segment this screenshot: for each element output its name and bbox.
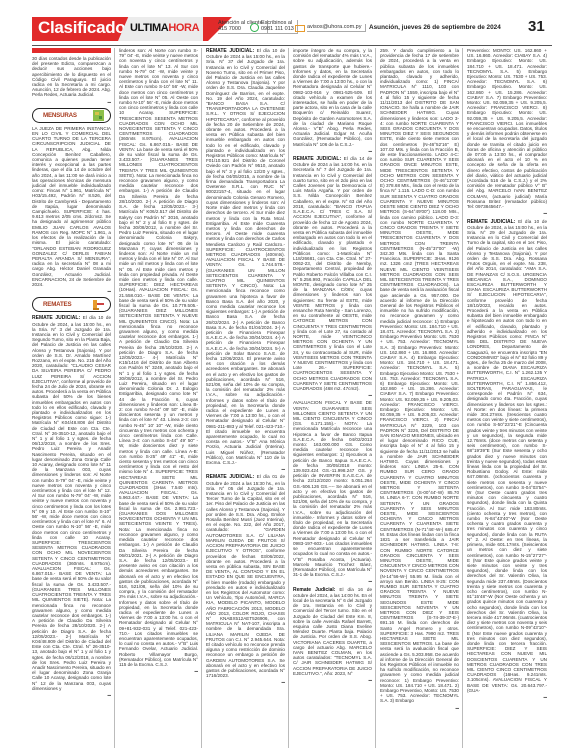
section-title: Clasificados [38, 18, 135, 38]
classifieds-columns: 30 días contados desde la publicación de… [32, 48, 552, 756]
classified-ad: importe íntegro de su compra, y la comis… [293, 48, 372, 147]
envelope-icon [295, 25, 305, 32]
page-header: Clasificados ULTIMAHORA Atención al clie… [0, 0, 580, 46]
classified-ad: LA JUEZA DE PRIMERA INSTANCIA EN LO CIVI… [32, 126, 111, 287]
page-number: 31 [528, 18, 545, 35]
column-1: 30 días contados desde la publicación de… [32, 48, 115, 748]
classified-ad: REMATE JUDICIAL: El día 14 de Octubre de… [293, 156, 372, 391]
column-5: 259. Y dando cumplimiento a la providenc… [380, 48, 463, 748]
section-label: REMATES [43, 302, 71, 307]
column-6: Preventivo: MONTO: US. 162.860 + US. 16.… [467, 48, 550, 748]
publication-date: Asunción, jueves 26 de septiembre de 202… [369, 24, 501, 31]
classified-ad: REMATE JUDICIAL: El día 10 de Octubre de… [32, 315, 111, 691]
ad-code-tag: ▬ [293, 149, 372, 154]
ad-code-tag: ▬ [467, 695, 547, 700]
newspaper-logo: ULTIMAHORA [130, 22, 199, 34]
ad-code-tag: ▬ [293, 393, 372, 398]
classified-ad: 259. Y dando cumplimiento a la providenc… [380, 48, 459, 704]
contact-email: avisos@uhora.com.py [295, 24, 366, 32]
survey-map-icon [93, 110, 104, 121]
ad-code-tag: ▬ [467, 211, 547, 216]
ad-code-tag: ▬ [206, 680, 285, 685]
column-3: REMATE JUDICIAL: El día 10 de Octubre de… [206, 48, 289, 748]
classified-ad: linderos son: Al Norte con rumbo S-79° 0… [119, 48, 198, 667]
ad-code-tag: ▬ [293, 678, 372, 683]
section-label: MENSURAS [43, 113, 77, 118]
ad-code-tag: ▬ [119, 669, 198, 674]
phone-icon [207, 23, 216, 32]
classified-ad: REMATE JUDICIAL: El día 10 de Octubre de… [467, 219, 547, 693]
header-divider [32, 45, 552, 46]
classified-ad: 30 días contados desde la publicación de… [32, 56, 111, 98]
ad-code-tag: ▬ [293, 579, 372, 584]
section-header-remates: REMATES [32, 297, 111, 312]
ad-code-tag: ▬ [380, 706, 459, 711]
gavel-icon [93, 299, 104, 310]
ad-code-tag: ▬ [32, 100, 111, 105]
column-2: linderos son: Al Norte con rumbo S-79° 0… [119, 48, 202, 748]
classified-ad: REMATE JUDICIAL: El día 10 de Octubre de… [206, 48, 285, 465]
contact-whatsapp: Escribinos al0981 111 013 [250, 20, 298, 34]
column-4: importe íntegro de su compra, y la comis… [293, 48, 376, 748]
ad-code-tag: ▬ [206, 467, 285, 472]
ad-code-tag: ▬ [32, 693, 111, 698]
classified-ad: REMATE JUDICIAL: El día 01 de Octubre de… [206, 474, 285, 678]
classified-ad: Preventivo: MONTO: US. 162.860 + US. 16.… [467, 48, 547, 209]
classified-ad: AVALUACION FISCAL Y BASE DE VENTA: GUARA… [293, 400, 372, 577]
classified-ad: Remate Judicial: El día 16 de octubre de… [293, 587, 372, 676]
whatsapp-icon [250, 23, 259, 32]
section-header-mensuras: MENSURAS [32, 108, 111, 123]
red-rule [32, 48, 111, 53]
ad-code-tag: ▬ [32, 289, 111, 294]
